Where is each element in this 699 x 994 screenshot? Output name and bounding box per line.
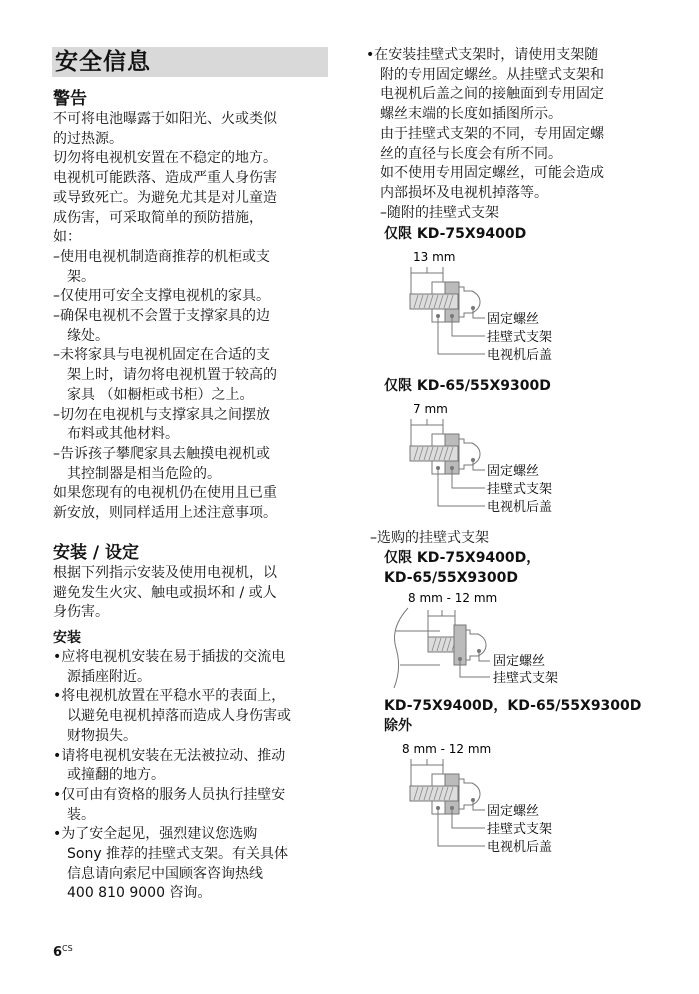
text-line: 信息请向索尼中国顾客咨询热线	[53, 865, 291, 885]
text-line: 架上时，请勿将电视机置于较高的	[53, 366, 277, 386]
text-line: 根据下列指示安装及使用电视机，以	[53, 564, 277, 584]
diagram-caption: 仅限 KD-75X9400D	[384, 225, 526, 245]
screw-diagram-13mm: 13 mm 固定螺丝 挂壁式支架 电视机后盖	[400, 245, 600, 365]
text-line: 布料或其他材料。	[53, 425, 277, 445]
label-fixing-screw: 固定螺丝	[487, 803, 539, 819]
install-bullets: •应将电视机安装在易于插拔的交流电 源插座附近。 •将电视机放置在平稳水平的表面…	[53, 648, 291, 904]
label-wall-mount-bracket: 挂壁式支架	[493, 670, 558, 686]
text-line: 成伤害，可采取简单的预防措施，	[53, 209, 277, 229]
text-line: 以避免电视机掉落而造成人身伤害或	[53, 707, 291, 727]
text-line: 由于挂壁式支架的不同，专用固定螺	[366, 125, 604, 145]
label-fixing-screw: 固定螺丝	[493, 653, 545, 669]
text-line: 螺丝末端的长度如插图所示。	[366, 105, 604, 125]
text-line: –告诉孩子攀爬家具去触摸电视机或	[53, 445, 277, 465]
text-line: 切勿将电视机安置在不稳定的地方。	[53, 149, 277, 169]
measure-label: 13 mm	[413, 250, 455, 264]
text-line: 附的专用固定螺丝。从挂壁式支架和	[366, 66, 604, 86]
page-number-value: 6	[53, 945, 62, 960]
measure-label: 8 mm - 12 mm	[408, 591, 497, 605]
warning-text: 不可将电池曝露于如阳光、火或类似 的过热源。 切勿将电视机安置在不稳定的地方。 …	[53, 110, 277, 524]
text-line: 的过热源。	[53, 130, 277, 150]
label-tv-rear-cover: 电视机后盖	[487, 347, 552, 363]
text-line: 装。	[53, 806, 291, 826]
optional-caption: 仅限 KD-75X9400D， KD-65/55X9300D	[384, 549, 540, 588]
text-line: •仅可由有资格的服务人员执行挂壁安	[53, 786, 291, 806]
install-intro: 根据下列指示安装及使用电视机，以 避免发生火灾、触电或损坏和 / 或人 身伤害。	[53, 564, 277, 623]
text-line: 电视机后盖之间的接触面到专用固定	[366, 85, 604, 105]
text-line: 或导致死亡。为避免尤其是对儿童造	[53, 189, 277, 209]
text-line: 不可将电池曝露于如阳光、火或类似	[53, 110, 277, 130]
text-line: 身伤害。	[53, 603, 277, 623]
diagram-caption: 仅限 KD-65/55X9300D	[384, 377, 551, 397]
page-title: 安全信息	[55, 47, 151, 77]
text-line: •请将电视机安装在无法被拉动、推动	[53, 747, 291, 767]
text-line: –使用电视机制造商推荐的机柜或支	[53, 248, 277, 268]
text-line: 电视机可能跌落、造成严重人身伤害	[53, 169, 277, 189]
language-code: CS	[62, 944, 73, 953]
text-line: 如果您现有的电视机仍在使用且已重	[53, 484, 277, 504]
text-line: 仅限 KD-75X9400D，	[384, 549, 540, 569]
text-line: 其控制器是相当危险的。	[53, 465, 277, 485]
text-line: 家具 （如橱柜或书柜）之上。	[53, 386, 277, 406]
label-wall-mount-bracket: 挂壁式支架	[487, 821, 552, 837]
text-line: 丝的直径与长度会有所不同。	[366, 145, 604, 165]
text-line: •为了安全起见，强烈建议您选购	[53, 825, 291, 845]
label-tv-rear-cover: 电视机后盖	[487, 839, 552, 855]
text-line: –切勿在电视机与支撑家具之间摆放	[53, 406, 277, 426]
text-line: –未将家具与电视机固定在合适的支	[53, 346, 277, 366]
text-line: 财物损失。	[53, 727, 291, 747]
text-line: Sony 推荐的挂壁式支架。有关具体	[53, 845, 291, 865]
text-line: •在安装挂壁式支架时，请使用支架随	[366, 46, 604, 66]
text-line: 如不使用专用固定螺丝，可能会造成	[366, 164, 604, 184]
screw-diagram-7mm: 7 mm 固定螺丝 挂壁式支架 电视机后盖	[400, 397, 600, 517]
except-caption: KD-75X9400D，KD-65/55X9300D 除外	[384, 697, 641, 736]
text-line: 400 810 9000 咨询。	[53, 884, 291, 904]
text-line: 新安放，则同样适用上述注意事项。	[53, 504, 277, 524]
text-line: 如：	[53, 228, 277, 248]
optional-bracket-heading: –选购的挂壁式支架	[370, 529, 489, 549]
measure-label: 8 mm - 12 mm	[402, 742, 491, 756]
wall-mount-text: •在安装挂壁式支架时，请使用支架随 附的专用固定螺丝。从挂壁式支架和 电视机后盖…	[366, 46, 604, 223]
screw-diagram-except: 8 mm - 12 mm 固定螺丝 挂壁式支架 电视机后盖	[400, 737, 600, 862]
label-fixing-screw: 固定螺丝	[487, 463, 539, 479]
text-line: –仅使用可安全支撑电视机的家具。	[53, 287, 277, 307]
text-line: 或撞翻的地方。	[53, 766, 291, 786]
text-line: KD-75X9400D，KD-65/55X9300D	[384, 697, 641, 717]
text-line: 缘处。	[53, 327, 277, 347]
text-line: 架。	[53, 268, 277, 288]
text-line: 源插座附近。	[53, 668, 291, 688]
screw-diagram-optional: 8 mm - 12 mm 固定螺丝 挂壁式支架	[390, 588, 610, 688]
install-subheading: 安装	[53, 628, 81, 648]
text-line: –随附的挂壁式支架	[366, 204, 604, 224]
text-line: –确保电视机不会置于支撑家具的边	[53, 307, 277, 327]
label-tv-rear-cover: 电视机后盖	[487, 499, 552, 515]
text-line: •应将电视机安装在易于插拔的交流电	[53, 648, 291, 668]
page-number: 6CS	[53, 944, 73, 960]
install-setup-heading: 安装 / 设定	[53, 542, 139, 564]
text-line: •将电视机放置在平稳水平的表面上，	[53, 687, 291, 707]
label-wall-mount-bracket: 挂壁式支架	[487, 481, 552, 497]
text-line: 内部损坏及电视机掉落等。	[366, 184, 604, 204]
text-line: 除外	[384, 717, 641, 737]
text-line: 避免发生火灾、触电或损坏和 / 或人	[53, 584, 277, 604]
measure-label: 7 mm	[413, 402, 448, 416]
text-line: KD-65/55X9300D	[384, 569, 540, 589]
warning-heading: 警告	[53, 88, 87, 110]
label-wall-mount-bracket: 挂壁式支架	[487, 329, 552, 345]
label-fixing-screw: 固定螺丝	[487, 311, 539, 327]
